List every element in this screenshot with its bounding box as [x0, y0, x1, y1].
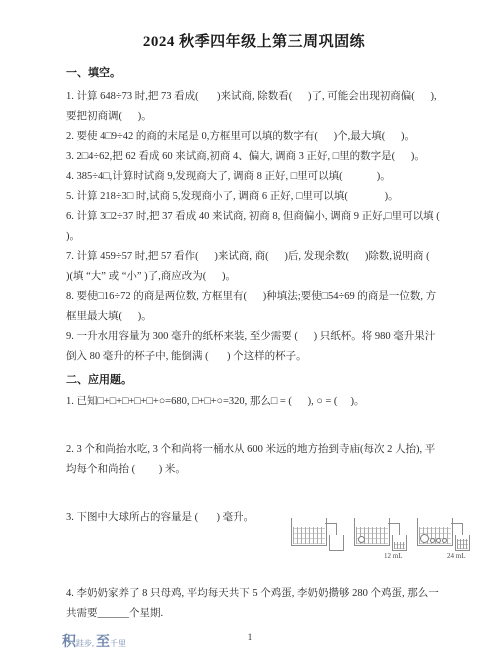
- fill-question-4: 4. 385÷4□,计算时试商 9,发现商大了, 调商 8 正好, □里可以填(…: [66, 167, 442, 187]
- displacement-figures: 12 mL 24 mL: [291, 508, 473, 568]
- spout-pipe-icon: [399, 523, 400, 535]
- worksheet-page: 2024 秋季四年级上第三周巩固练 一、填空。 1. 计算 648÷73 时,把…: [0, 0, 500, 667]
- applied-question-3: 3. 下图中大球所占的容量是 ( ) 毫升。: [66, 508, 291, 528]
- spout-pipe-icon: [388, 523, 399, 524]
- cup-water: [457, 539, 468, 549]
- measuring-cup-icon: [329, 535, 344, 551]
- fill-question-1: 1. 计算 648÷73 时,把 73 看成( )来试商, 除数看( )了, 可…: [66, 87, 442, 127]
- beaker-figure-2: 12 mL: [354, 510, 410, 568]
- beaker-figure-3: 24 mL: [417, 510, 473, 568]
- water-tank-icon: [291, 518, 327, 546]
- fill-question-2: 2. 要使 4□9÷42 的商的末尾是 0,方框里可以填的数字有( )个,最大填…: [66, 127, 442, 147]
- applied-question-2: 2. 3 个和尚抬水吃, 3 个和尚将一桶水从 600 米远的地方抬到寺庙(每次…: [66, 440, 442, 480]
- water-tank-icon: [354, 518, 390, 546]
- section-heading-applied: 二、应用题。: [66, 373, 442, 388]
- fill-question-5: 5. 计算 218÷3□ 时,试商 5,发现商小了, 调商 6 正好, □里可以…: [66, 187, 442, 207]
- fill-question-9: 9. 一升水用容量为 300 毫升的纸杯来装, 至少需要 ( ) 只纸杯。将 9…: [66, 327, 442, 367]
- spout-pipe-icon: [451, 523, 462, 524]
- applied-question-3-row: 3. 下图中大球所占的容量是 ( ) 毫升。: [66, 508, 442, 568]
- page-number: 1: [0, 633, 500, 643]
- fill-question-7: 7. 计算 459÷57 时,把 57 看作( )来试商, 商( )后, 发现余…: [66, 247, 442, 287]
- applied-question-4: 4. 李奶奶家养了 8 只母鸡, 平均每天共下 5 个鸡蛋, 李奶奶攒够 280…: [66, 584, 442, 624]
- fill-question-3: 3. 2□4÷62,把 62 看成 60 来试商,初商 4、偏大, 调商 3 正…: [66, 147, 442, 167]
- small-ball-icon: [430, 538, 435, 543]
- fill-question-6: 6. 计算 3□2÷37 时,把 37 看成 40 来试商, 初商 8, 但商偏…: [66, 207, 442, 247]
- spout-pipe-icon: [325, 523, 336, 524]
- big-ball-icon: [420, 534, 429, 543]
- water-hatch: [293, 527, 325, 544]
- cup-water: [394, 542, 405, 549]
- small-ball-icon: [436, 538, 441, 543]
- cup-volume-label: 24 mL: [447, 552, 465, 560]
- cup-volume-label: 12 mL: [384, 552, 402, 560]
- applied-question-1: 1. 已知□+□+□+□+□+○=680, □+□+○=320, 那么□ = (…: [66, 392, 442, 412]
- measuring-cup-icon: [392, 535, 407, 551]
- measuring-cup-icon: [455, 535, 470, 551]
- section-heading-fill-in: 一、填空。: [66, 66, 442, 81]
- fill-question-8: 8. 要使□16÷72 的商是两位数, 方框里有( )种填法;要使□54÷69 …: [66, 287, 442, 327]
- spout-pipe-icon: [336, 523, 337, 535]
- small-ball-icon: [442, 538, 447, 543]
- spout-pipe-icon: [462, 523, 463, 535]
- page-title: 2024 秋季四年级上第三周巩固练: [66, 32, 442, 52]
- beaker-figure-1: [291, 510, 347, 568]
- small-ball-icon: [358, 536, 365, 543]
- water-tank-icon: [417, 518, 453, 546]
